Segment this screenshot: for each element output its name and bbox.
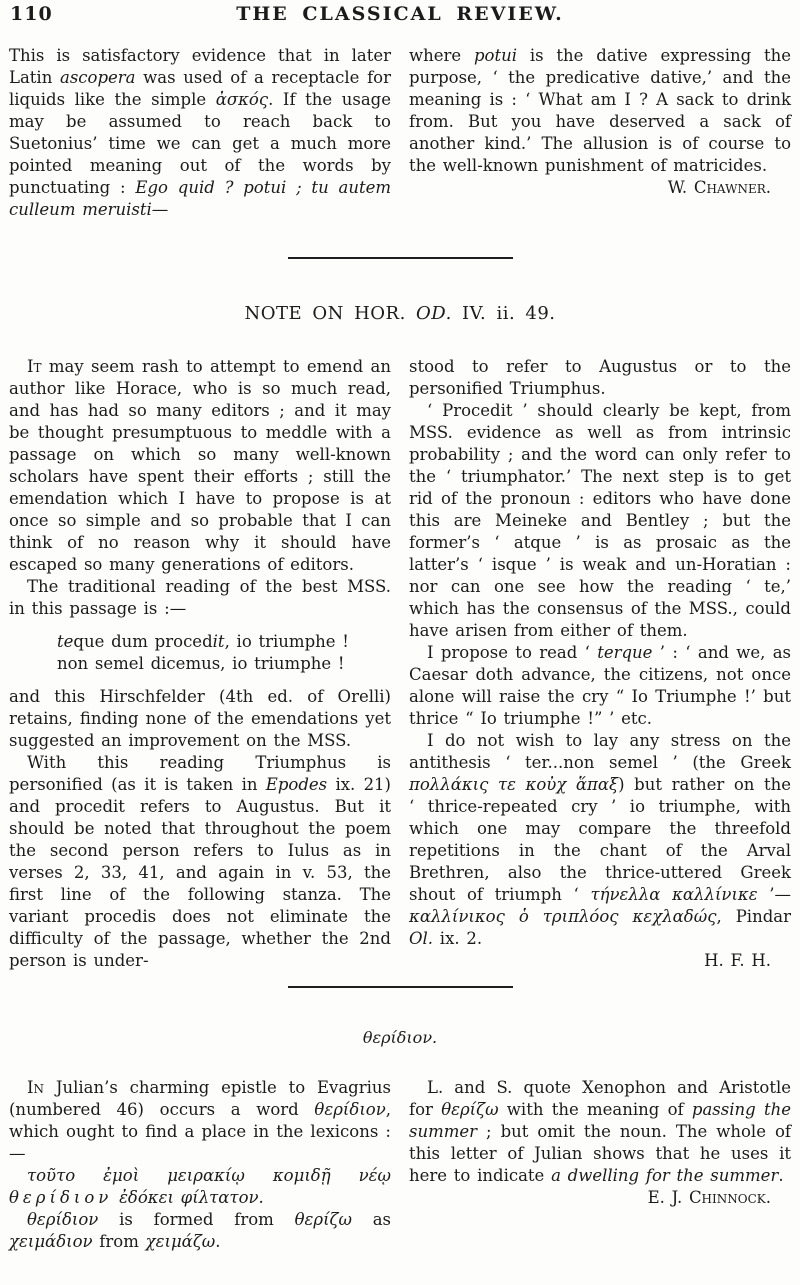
article-ascopera: This is satisfactory evidence that in la… <box>0 45 800 221</box>
column-left: This is satisfactory evidence that in la… <box>9 45 391 221</box>
signature-hfh: H. F. H. <box>409 950 791 972</box>
journal-page: 110 THE CLASSICAL REVIEW. This is satisf… <box>0 0 800 1285</box>
paragraph: It may seem rash to attempt to emend an … <box>9 356 391 576</box>
paragraph: L. and S. quote Xenophon and Aristotle f… <box>409 1077 791 1187</box>
paragraph: In Julian’s charming epistle to Evagrius… <box>9 1077 391 1165</box>
signature-chawner: W. Chawner. <box>409 177 791 199</box>
column-right: where potui is the dative expressing the… <box>409 45 791 221</box>
paragraph: I propose to read ‘ terque ’ : ‘ and we,… <box>409 642 791 730</box>
greek-quote: τοῦτο ἐμοὶ μειρακίῳ κομιδῇ νέῳ θερίδιον … <box>9 1165 391 1209</box>
paragraph: I do not wish to lay any stress on the a… <box>409 730 791 950</box>
verse-line: non semel dicemus, io triumphe ! <box>57 653 391 675</box>
paragraph: θερίδιον is formed from θερίζω as χειμάδ… <box>9 1209 391 1253</box>
article-theridion: In Julian’s charming epistle to Evagrius… <box>0 1077 800 1253</box>
paragraph: This is satisfactory evidence that in la… <box>9 45 391 221</box>
page-number: 110 <box>10 3 53 25</box>
column-left: It may seem rash to attempt to emend an … <box>9 356 391 972</box>
paragraph: ‘ Procedit ’ should clearly be kept, fro… <box>409 400 791 642</box>
paragraph: The traditional reading of the best MSS.… <box>9 576 391 620</box>
paragraph: and this Hirschfelder (4th ed. of Orelli… <box>9 686 391 752</box>
signature-chinnock: E. J. Chinnock. <box>409 1187 791 1209</box>
column-left: In Julian’s charming epistle to Evagrius… <box>9 1077 391 1253</box>
journal-title: THE CLASSICAL REVIEW. <box>0 3 800 25</box>
page-header: 110 THE CLASSICAL REVIEW. <box>0 0 800 31</box>
column-right: L. and S. quote Xenophon and Aristotle f… <box>409 1077 791 1253</box>
paragraph: stood to refer to Augustus or to the per… <box>409 356 791 400</box>
article-note-on-horace: It may seem rash to attempt to emend an … <box>0 356 800 972</box>
article-title-note-on-horace: NOTE ON HOR. OD. IV. ii. 49. <box>0 303 800 324</box>
paragraph: With this reading Triumphus is personifi… <box>9 752 391 972</box>
article-title-theridion: θερίδιον. <box>0 1028 800 1047</box>
section-divider <box>288 986 513 988</box>
verse-quote: teque dum procedit, io triumphe ! non se… <box>57 631 391 675</box>
paragraph: where potui is the dative expressing the… <box>409 45 791 177</box>
column-right: stood to refer to Augustus or to the per… <box>409 356 791 972</box>
section-divider <box>288 257 513 259</box>
verse-line: teque dum procedit, io triumphe ! <box>57 631 391 653</box>
